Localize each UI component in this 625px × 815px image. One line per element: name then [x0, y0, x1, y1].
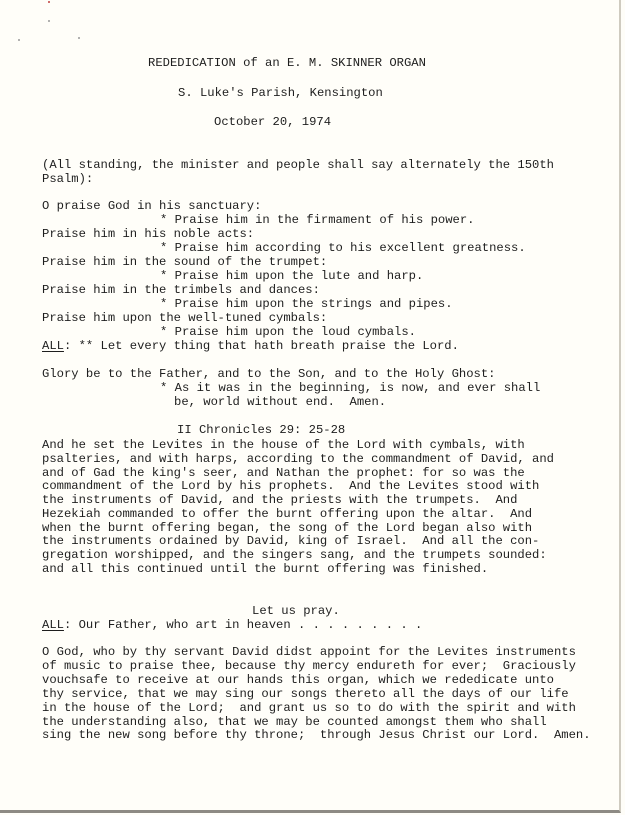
collect-line: in the house of the Lord; and grant us s…	[42, 702, 576, 716]
gloria-line: * As it was in the beginning, is now, an…	[160, 382, 540, 396]
paper-speck	[48, 1, 50, 3]
all-label: ALL	[42, 618, 64, 632]
paper-speck	[18, 39, 20, 41]
psalm-minister-line: Praise him in the trimbels and dances:	[42, 284, 320, 298]
parish-name: S. Luke's Parish, Kensington	[178, 87, 383, 101]
psalm-people-line: * Praise him according to his excellent …	[160, 242, 526, 256]
service-date: October 20, 1974	[214, 116, 331, 130]
paper-speck	[48, 20, 50, 22]
rubric-line: (All standing, the minister and people s…	[42, 159, 554, 173]
gloria-line: be, world without end. Amen.	[174, 396, 386, 410]
reading-line: commandment of the Lord by his prophets.…	[42, 480, 539, 494]
collect-line: the understanding also, that we may be c…	[42, 716, 547, 730]
all-response-text: : ** Let every thing that hath breath pr…	[64, 339, 459, 353]
psalm-people-line: * Praise him in the firmament of his pow…	[160, 214, 475, 228]
prayer-heading: Let us pray.	[252, 605, 340, 619]
collect-line: O God, who by thy servant David didst ap…	[42, 646, 576, 660]
psalm-people-line: * Praise him upon the strings and pipes.	[160, 298, 453, 312]
reading-line: And he set the Levites in the house of t…	[42, 439, 525, 453]
psalm-people-line: * Praise him upon the loud cymbals.	[160, 326, 416, 340]
reading-line: and of Gad the king's seer, and Nathan t…	[42, 467, 525, 481]
reading-line: psalteries, and with harps, according to…	[42, 453, 554, 467]
all-label: ALL	[42, 339, 64, 353]
lords-prayer-response: ALL: Our Father, who art in heaven . . .…	[42, 619, 422, 633]
lords-prayer-text: : Our Father, who art in heaven . . . . …	[64, 618, 422, 632]
rubric-line: Psalm):	[42, 173, 93, 187]
reading-line: when the burnt offering began, the song …	[42, 522, 532, 536]
collect-line: vouchsafe to receive at our hands this o…	[42, 674, 554, 688]
reading-citation: II Chronicles 29: 25-28	[177, 424, 345, 438]
collect-line: of music to praise thee, because thy mer…	[42, 660, 576, 674]
psalm-people-line: * Praise him upon the lute and harp.	[160, 270, 423, 284]
collect-line: thy service, that we may sing our songs …	[42, 688, 569, 702]
psalm-minister-line: O praise God in his sanctuary:	[42, 200, 261, 214]
psalm-minister-line: Praise him upon the well-tuned cymbals:	[42, 312, 327, 326]
document-page: REDEDICATION of an E. M. SKINNER ORGAN S…	[0, 0, 621, 813]
reading-line: the instruments of David, and the priest…	[42, 494, 517, 508]
gloria-line: Glory be to the Father, and to the Son, …	[42, 368, 495, 382]
reading-line: Hezekiah commanded to offer the burnt of…	[42, 508, 532, 522]
psalm-minister-line: Praise him in the sound of the trumpet:	[42, 256, 327, 270]
document-title: REDEDICATION of an E. M. SKINNER ORGAN	[148, 57, 426, 71]
paper-speck	[78, 37, 80, 39]
reading-line: gregation worshipped, and the singers sa…	[42, 549, 547, 563]
collect-line: sing the new song before thy throne; thr…	[42, 729, 591, 743]
psalm-all-response: ALL: ** Let every thing that hath breath…	[42, 340, 459, 354]
psalm-minister-line: Praise him in his noble acts:	[42, 228, 254, 242]
reading-line: the instruments ordained by David, king …	[42, 535, 539, 549]
reading-line: and all this continued until the burnt o…	[42, 563, 488, 577]
